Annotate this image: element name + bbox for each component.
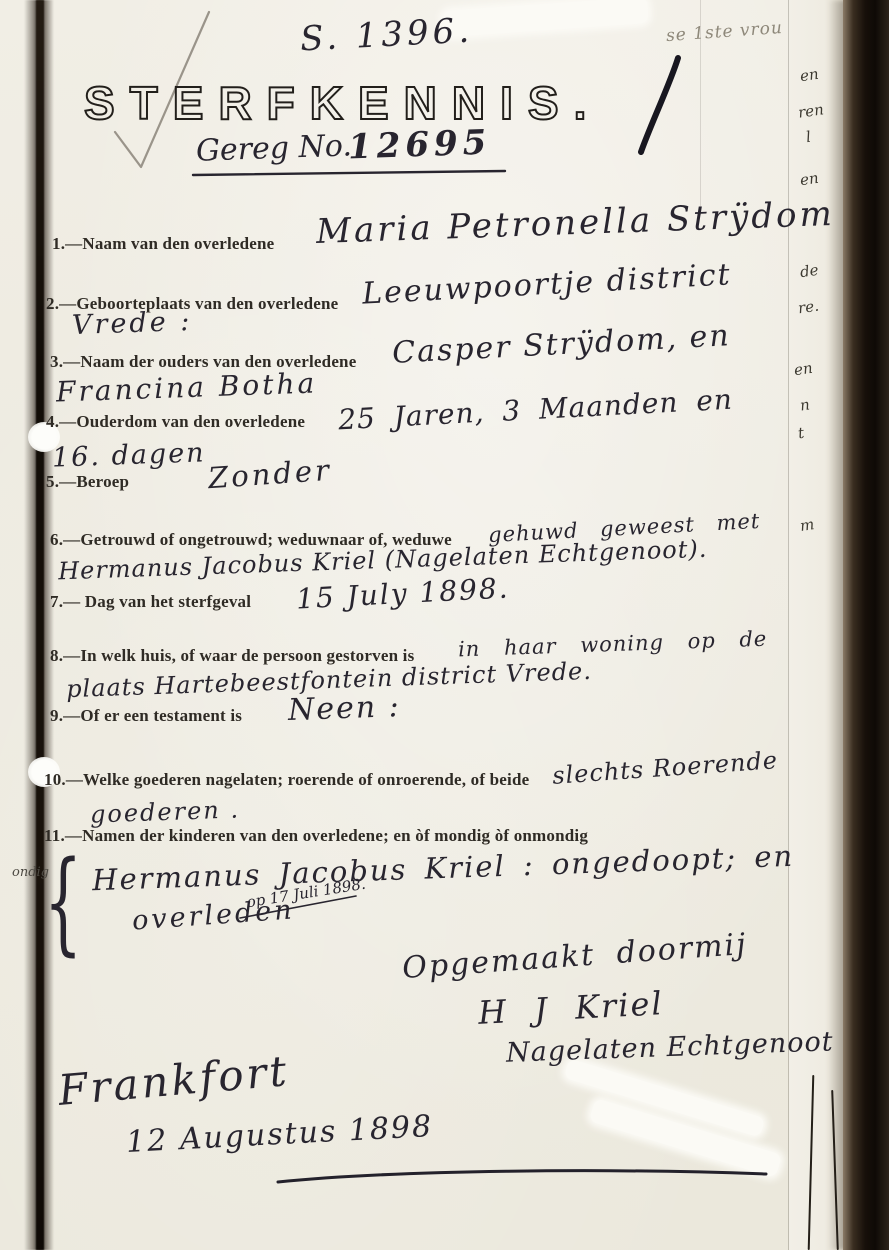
place-name: Frankfort <box>57 1050 291 1112</box>
field-answer-ouders-2: Francina Botha <box>56 369 318 406</box>
edge-fragment: en <box>799 169 820 189</box>
curly-brace: { <box>44 848 82 959</box>
field-answer-sterfgeval: 15 July 1898. <box>295 574 510 613</box>
document-title: STERFKENNIS. <box>84 76 601 130</box>
register-number: 12695 <box>347 126 491 165</box>
field-answer-geboorteplaats-2: Vrede : <box>72 308 193 339</box>
death-notice-document: en ren l en de re. en n t m S. 1396. se … <box>0 0 889 1250</box>
document-date: 12 Augustus 1898 <box>125 1112 433 1158</box>
field-label-huis: 8.—In welk huis, of waar de persoon gest… <box>50 646 414 666</box>
signature: H J Kriel <box>477 987 664 1029</box>
pencil-annotation: se 1ste vrou <box>666 20 784 45</box>
field-answer-goederen-2: goederen . <box>90 797 241 826</box>
field-answer-ouderdom: 25 Jaren, 3 Maanden en <box>338 386 734 435</box>
field-label-ouderdom: 4.—Ouderdom van den overledene <box>46 412 305 432</box>
field-label-sterfgeval: 7.— Dag van het sterfgeval <box>50 592 251 612</box>
field-answer-beroep: Zonder <box>207 456 333 494</box>
register-label: Gereg No. <box>196 131 353 166</box>
field-label-goederen: 10.—Welke goederen nagelaten; roerende o… <box>44 770 529 790</box>
edge-fragment: en <box>793 359 814 379</box>
left-binding-edge <box>36 0 44 1250</box>
footer-flourish-underline <box>276 1166 768 1184</box>
signature-capacity: Nagelaten Echtgenoot <box>506 1028 834 1066</box>
field-answer-ouderdom-2: 16. dagen <box>52 439 206 471</box>
edge-fragment: m <box>799 515 816 535</box>
edge-fragment: l <box>805 128 812 146</box>
field-label-beroep: 5.—Beroep <box>46 472 129 492</box>
field-answer-naam: Maria Petronella Strÿdom <box>316 197 836 249</box>
field-answer-geboorteplaats: Leeuwpoortje district <box>361 260 732 309</box>
edge-fragment: ren <box>797 100 825 121</box>
edge-fragment: t <box>797 424 805 443</box>
register-underline <box>192 168 507 178</box>
edge-fragment: n <box>799 395 811 414</box>
field-label-testament: 9.—Of er een testament is <box>50 706 242 726</box>
ink-slash-mark <box>636 56 682 156</box>
closing-statement: Opgemaakt doormij <box>401 930 748 984</box>
whiteout-patch <box>442 0 648 37</box>
field-answer-testament: Neen : <box>288 692 402 726</box>
field-answer-ouders: Casper Strÿdom, en <box>391 321 731 369</box>
right-binding <box>843 0 889 1250</box>
field-label-kinderen: 11.—Namen der kinderen van den overleden… <box>44 826 588 846</box>
edge-fragment: en <box>799 65 820 85</box>
field-label-naam: 1.—Naam van den overledene <box>52 234 274 254</box>
insertion-stroke <box>238 894 358 920</box>
children-entry: Hermanus Jacobus Kriel : ongedoopt; en <box>92 842 795 895</box>
edge-fragment: re. <box>797 297 820 318</box>
serial-number: S. 1396. <box>299 13 474 56</box>
field-answer-huis: in haar woning op de <box>458 629 768 661</box>
edge-fragment: de <box>799 261 820 281</box>
field-answer-goederen: slechts Roerende <box>551 748 778 788</box>
